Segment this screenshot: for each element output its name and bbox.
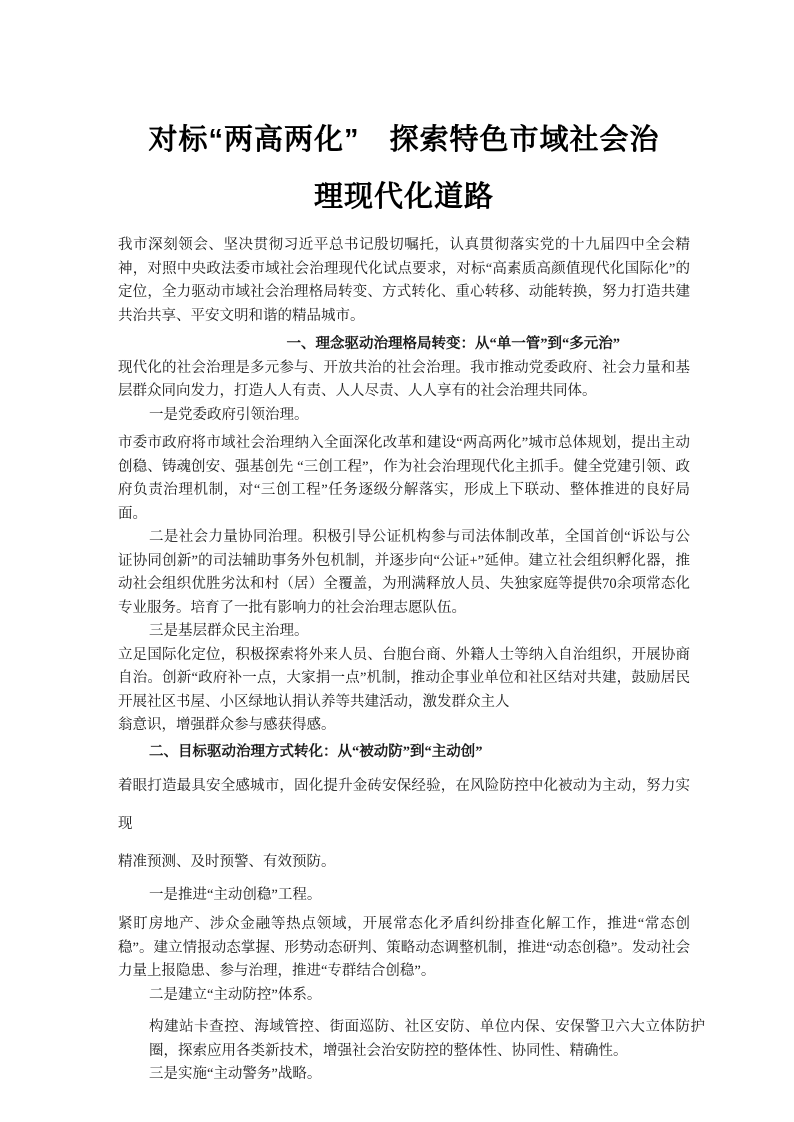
- section2-item1-body: 紧盯房地产、涉众金融等热点领域，开展常态化矛盾纠纷排查化解工作，推进“常态创稳”…: [118, 913, 690, 984]
- section2-item1-lead: 一是推进“主动创稳”工程。: [118, 881, 690, 909]
- section2-item2-body: 构建站卡查控、海域管控、街面巡防、社区安防、单位内保、安保警卫六大立体防护圈，探…: [149, 1016, 705, 1063]
- section2-item3-lead: 三是实施“主动警务”战略。: [118, 1063, 690, 1087]
- section1-item3-lead: 三是基层群众民主治理。: [118, 620, 690, 644]
- document-page: 对标“两高两化” 探索特色市域社会治 理现代化道路 我市深刻领会、坚决贯彻习近平…: [0, 0, 794, 1122]
- section2-item2-lead: 二是建立“主动防控”体系。: [118, 984, 690, 1008]
- section1-heading: 一、理念驱动治理格局转变：从“单一管”到“多元治”: [118, 333, 690, 357]
- document-title: 对标“两高两化” 探索特色市域社会治 理现代化道路: [118, 112, 690, 226]
- section1-item3-body: 立足国际化定位，积极探索将外来人员、台胞台商、外籍人士等纳入自治组织，开展协商自…: [118, 644, 690, 738]
- intro-paragraph: 我市深刻领会、坚决贯彻习近平总书记殷切嘱托，认真贯彻落实党的十九届四中全会精神，…: [118, 234, 690, 328]
- section1-item1-lead: 一是党委政府引领治理。: [118, 404, 690, 428]
- section1-item1-body: 市委市政府将市域社会治理纳入全面深化改革和建设“两高两化”城市总体规划，提出主动…: [118, 432, 690, 526]
- section2-heading: 二、目标驱动治理方式转化：从“被动防”到“主动创”: [118, 741, 690, 765]
- section1-item2-paragraph: 二是社会力量协同治理。积极引导公证机构参与司法体制改革，全国首创“诉讼与公证协同…: [118, 526, 690, 620]
- section1-paragraph-overview: 现代化的社会治理是多元参与、开放共治的社会治理。我市推动党委政府、社会力量和基层…: [118, 357, 690, 404]
- section2-paragraph-overview: 着眼打造最具安全感城市，固化提升金砖安保经验，在风险防控中化被动为主动，努力实现…: [118, 767, 690, 881]
